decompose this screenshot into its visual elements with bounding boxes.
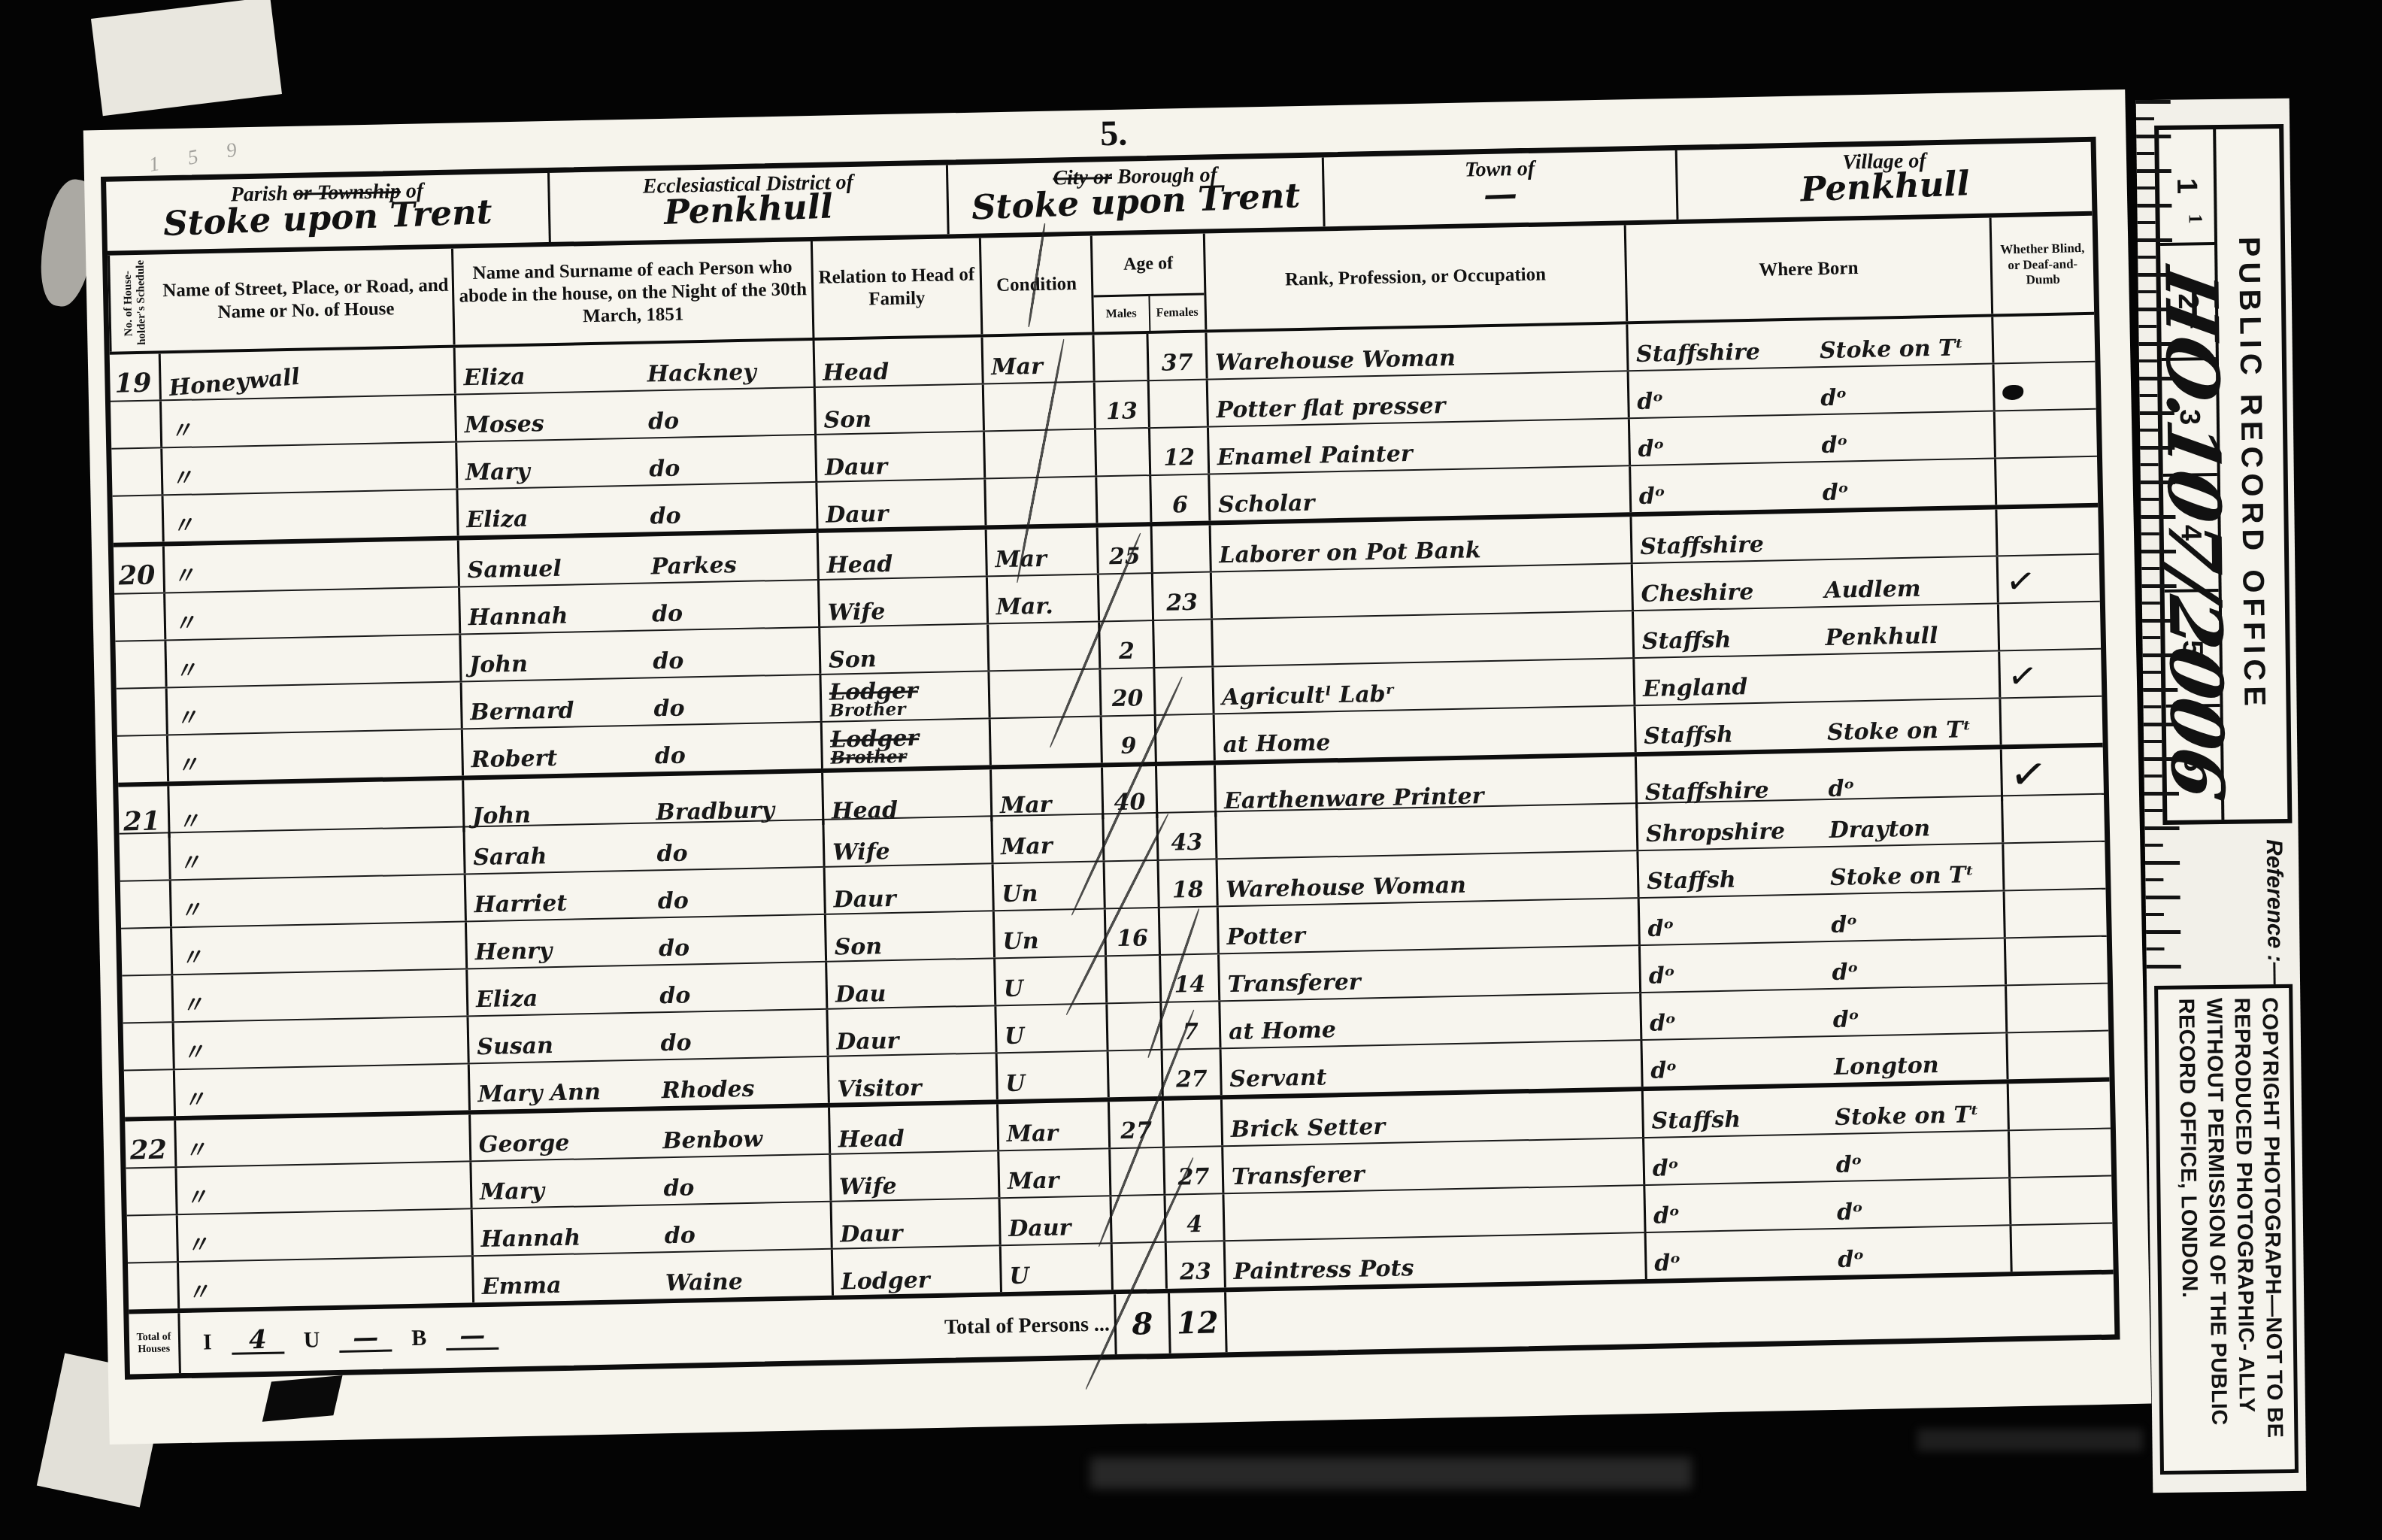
cell-age-male <box>1096 429 1151 475</box>
cell-schedule-number <box>111 448 163 495</box>
cell-name: Marydo <box>457 435 817 489</box>
cell-infirmity-mark <box>1999 602 2101 650</box>
cell-age-female <box>1155 667 1214 714</box>
cell-infirmity-mark <box>2008 1032 2109 1080</box>
cell-occupation: at Home <box>1220 993 1642 1047</box>
cell-street: 〃 <box>171 875 467 926</box>
cell-schedule-number <box>117 735 169 782</box>
total-males: 8 <box>1114 1293 1169 1354</box>
cell-born: dᵒLongton <box>1642 1033 2008 1087</box>
cell-infirmity-mark <box>2001 697 2102 745</box>
film-smudge <box>1917 1429 2143 1451</box>
cell-condition: U <box>996 1004 1108 1052</box>
cell-born: StaffshPenkhull <box>1634 604 2000 657</box>
cell-occupation: at Home <box>1215 706 1637 760</box>
cell-street: Honeywall <box>161 348 456 400</box>
cell-occupation <box>1213 611 1635 665</box>
borough-cell: City or Borough of Stoke upon Trent <box>948 157 1326 234</box>
total-houses-values: I 4 U — B — <box>180 1300 835 1373</box>
cell-condition: Mar <box>999 1149 1111 1197</box>
cell-street: 〃 <box>162 443 458 495</box>
census-document: 5. 1 5 9 Parish or Township of Stoke upo… <box>83 89 2152 1445</box>
cell-relation: Head <box>815 337 984 386</box>
cell-condition: Mar. <box>988 574 1100 623</box>
cell-schedule-number <box>121 928 173 975</box>
cell-condition <box>991 717 1103 765</box>
cell-relation: Daur <box>826 864 995 913</box>
cell-occupation: Paintress Pots <box>1226 1233 1647 1287</box>
cell-infirmity-mark <box>1997 508 2099 556</box>
cell-relation: Head <box>819 529 988 578</box>
cell-age-female: 23 <box>1167 1241 1226 1289</box>
cell-condition: Un <box>995 909 1107 957</box>
pro-reference-strip: PUBLIC RECORD OFFICE 123456 1 2 Referenc… <box>2136 99 2307 1493</box>
cell-born: CheshireAudlem <box>1633 556 1999 610</box>
cell-name: Johndo <box>461 628 821 681</box>
cell-age-female <box>1157 765 1217 818</box>
cell-street: 〃 <box>173 969 468 1021</box>
cell-infirmity-mark <box>2007 984 2108 1032</box>
cell-occupation: Warehouse Woman <box>1207 324 1629 378</box>
cell-relation: Wife <box>820 577 989 626</box>
cell-relation: Son <box>816 384 985 433</box>
cell-schedule-number <box>126 1168 177 1214</box>
cell-condition: U <box>998 1051 1110 1099</box>
cell-occupation: Transferer <box>1223 1138 1645 1193</box>
col-relation: Relation to Head of Family <box>813 238 983 337</box>
cell-street: 〃 <box>175 1064 471 1116</box>
cell-infirmity-mark <box>2011 1177 2112 1225</box>
cell-born: StaffshStoke on Tᵗ <box>1636 699 2002 752</box>
col-street: Name of Street, Place, or Road, and Name… <box>159 249 455 351</box>
cell-age-female <box>1150 380 1209 427</box>
cell-schedule-number <box>127 1215 179 1262</box>
col-age: Age of Males Females <box>1093 234 1208 332</box>
cell-born: StaffshStoke on Tᵗ <box>1638 844 2005 897</box>
age-of-label: Age of <box>1093 234 1205 298</box>
cell-schedule-number <box>111 401 162 447</box>
cell-age-female: 27 <box>1163 1049 1223 1096</box>
cell-schedule-number: 21 <box>118 786 170 838</box>
col-age-females: Females <box>1150 296 1205 331</box>
cell-condition <box>984 382 1096 430</box>
ecclesiastical-value: Penkhull <box>663 186 834 232</box>
col-age-males: Males <box>1093 296 1150 332</box>
cell-condition: Mar <box>999 1102 1111 1150</box>
uninhabited-label: U <box>303 1327 320 1353</box>
borough-value: Stoke upon Trent <box>971 175 1301 227</box>
cell-occupation <box>1212 564 1634 618</box>
page-number: 5. <box>1100 113 1128 155</box>
town-value: — <box>1483 174 1518 215</box>
cell-name: Henrydo <box>467 915 827 969</box>
cell-street: 〃 <box>164 490 459 542</box>
inhabited-value: 4 <box>231 1329 284 1355</box>
ecclesiastical-cell: Ecclesiastical District of Penkhull <box>550 165 950 242</box>
cell-condition: Un <box>994 862 1106 910</box>
cell-age-male: 40 <box>1103 766 1158 819</box>
cell-relation: Wife <box>831 1151 1000 1200</box>
cell-occupation <box>1217 804 1638 858</box>
cell-relation: Visitor <box>829 1053 999 1102</box>
cell-name: Susando <box>468 1010 829 1063</box>
cell-schedule-number <box>128 1263 180 1309</box>
cell-infirmity-mark <box>2010 1129 2111 1178</box>
cell-age-male <box>1104 814 1159 860</box>
building-label: B <box>411 1326 427 1351</box>
cell-occupation: Enamel Painter <box>1209 419 1631 473</box>
cell-infirmity-mark <box>2011 1224 2113 1272</box>
cell-relation: Dau <box>827 959 996 1008</box>
cell-born: dᵒdᵒ <box>1645 1178 2011 1232</box>
cell-street: 〃 <box>172 922 468 974</box>
cell-condition: Mar <box>992 767 1104 821</box>
cell-relation: Daur <box>832 1199 1002 1247</box>
cell-age-female: 12 <box>1150 427 1210 474</box>
cell-age-female: 23 <box>1153 572 1213 620</box>
cell-born: Staffshire <box>1632 509 1998 562</box>
col-schedule: No. of House-holder's Schedule <box>108 254 161 351</box>
pro-strip-rotated-content: PUBLIC RECORD OFFICE 123456 1 2 Referenc… <box>2136 99 2307 1493</box>
cell-schedule-number <box>117 688 168 735</box>
corner-pencil-mark: 1 5 9 <box>147 136 250 177</box>
cell-relation: Lodger <box>833 1246 1002 1295</box>
cell-name: Mary AnnRhodes <box>470 1057 830 1111</box>
cell-infirmity-mark <box>1996 410 2097 458</box>
cell-born: StaffshireStoke on Tᵗ <box>1628 317 1994 370</box>
cell-born: dᵒdᵒ <box>1644 1131 2011 1184</box>
census-table: Parish or Township of Stoke upon Trent E… <box>101 137 2120 1380</box>
cell-age-male: 20 <box>1101 668 1156 715</box>
building-value: — <box>446 1324 499 1351</box>
cell-condition: Mar <box>987 527 1099 575</box>
cell-condition: U <box>1002 1244 1114 1292</box>
cell-schedule-number: 19 <box>110 353 162 400</box>
cell-schedule-number <box>123 1023 175 1069</box>
total-females: 12 <box>1168 1292 1228 1354</box>
cell-age-male: 2 <box>1100 621 1155 668</box>
cell-street: 〃 <box>179 1257 474 1308</box>
cell-street: 〃 <box>176 1114 471 1166</box>
cell-age-male <box>1097 476 1152 523</box>
cell-infirmity-mark <box>2006 937 2108 985</box>
cell-street: 〃 <box>168 729 464 781</box>
cell-street: 〃 <box>174 1017 470 1069</box>
cell-condition <box>989 669 1102 717</box>
cell-infirmity-mark <box>1996 457 2098 505</box>
cell-schedule-number: 22 <box>125 1120 177 1167</box>
cell-schedule-number <box>120 833 171 880</box>
cell-condition: Mar <box>993 814 1105 862</box>
cell-relation: Son <box>826 911 996 960</box>
cell-relation: Daur <box>828 1006 997 1055</box>
cell-age-female <box>1164 1099 1223 1147</box>
cell-condition: Mar <box>983 335 1095 383</box>
cell-street: 〃 <box>168 682 463 734</box>
cell-street: 〃 <box>171 827 466 879</box>
cell-age-female <box>1153 525 1212 572</box>
cell-age-female: 18 <box>1159 859 1219 907</box>
cell-occupation <box>1224 1186 1646 1240</box>
table-body: 19 Honeywall ElizaHackney Head Mar 37 Wa… <box>110 315 2114 1314</box>
cell-street: 〃 <box>177 1162 472 1214</box>
cell-occupation: Brick Setter <box>1223 1091 1644 1145</box>
cell-condition: Daur <box>1000 1196 1112 1244</box>
cell-occupation: Laborer on Pot Bank <box>1211 517 1633 571</box>
village-cell: Village of Penkhull <box>1677 142 2093 220</box>
cell-relation: Head <box>830 1104 999 1153</box>
parish-value: Stoke upon Trent <box>162 192 492 244</box>
cell-occupation: Potter flat presser <box>1208 371 1630 426</box>
cell-name: Robertdo <box>463 723 823 776</box>
cell-relation: Daur <box>817 479 986 528</box>
cell-occupation: Servant <box>1222 1041 1644 1095</box>
cell-age-female: 4 <box>1165 1194 1225 1241</box>
cell-infirmity-mark: ✓ <box>2002 747 2104 802</box>
cell-infirmity-mark <box>2004 842 2105 890</box>
parish-cell: Parish or Township of Stoke upon Trent <box>106 173 551 251</box>
cell-age-female: 6 <box>1151 474 1211 522</box>
cell-born: dᵒdᵒ <box>1640 891 2006 944</box>
copyright-notice: COPYRIGHT PHOTOGRAPH—NOT TO BE REPRODUCE… <box>2154 984 2299 1475</box>
cell-born: StaffshStoke on Tᵗ <box>1644 1084 2010 1137</box>
village-value: Penkhull <box>1799 163 1970 209</box>
cell-age-male: 27 <box>1110 1101 1165 1147</box>
cell-relation: LodgerBrother <box>823 719 992 768</box>
reference-label: Reference :— <box>2261 839 2288 985</box>
cell-born: dᵒdᵒ <box>1641 938 2007 992</box>
cell-infirmity-mark <box>2009 1082 2111 1130</box>
col-infirmity: Whether Blind, or Deaf-and-Dumb <box>1992 216 2095 314</box>
cell-infirmity-mark: ✓ <box>1999 555 2100 603</box>
cell-age-male <box>1108 1003 1162 1050</box>
cell-age-male: 9 <box>1102 716 1157 762</box>
cell-name: Bernarddo <box>462 675 823 729</box>
cell-name: Sarahdo <box>465 820 825 874</box>
cell-name: Hannahdo <box>460 581 820 634</box>
cell-name: Elizado <box>468 962 828 1016</box>
cell-age-female: 27 <box>1165 1147 1224 1194</box>
cell-occupation: Scholar <box>1210 466 1632 520</box>
cell-relation: Wife <box>824 817 993 865</box>
cell-born: ShropshireDrayton <box>1638 796 2004 850</box>
cell-age-female: 37 <box>1148 332 1208 380</box>
census-scan-page: 5. 1 5 9 Parish or Township of Stoke upo… <box>0 0 2382 1540</box>
cell-name: Mosesdo <box>456 388 817 441</box>
cell-infirmity-mark <box>2005 890 2107 938</box>
cell-name: Marydo <box>471 1155 832 1208</box>
cell-age-female: 43 <box>1158 812 1217 859</box>
cell-schedule-number <box>122 975 174 1022</box>
cell-schedule-number <box>115 641 167 687</box>
cell-infirmity-mark <box>1993 315 2095 363</box>
cell-born: dᵒdᵒ <box>1641 986 2008 1039</box>
ink-blot <box>262 1375 343 1422</box>
film-artifact <box>91 0 282 116</box>
cell-occupation: Warehouse Woman <box>1218 851 1640 905</box>
cell-relation: Head <box>823 769 993 824</box>
cell-name: Hannahdo <box>473 1202 833 1256</box>
cell-name: GeorgeBenbow <box>471 1108 831 1161</box>
cell-age-female: 7 <box>1162 1002 1221 1049</box>
col-occupation: Rank, Profession, or Occupation <box>1205 225 1628 329</box>
cell-condition <box>986 477 1098 525</box>
cell-age-male <box>1094 334 1149 380</box>
cell-born: dᵒdᵒ <box>1647 1226 2013 1279</box>
cell-name: SamuelParkes <box>459 533 820 587</box>
ruler-number: 1 <box>2184 214 2207 223</box>
col-condition: Condition <box>981 236 1095 335</box>
cell-age-female <box>1154 620 1214 667</box>
town-cell: Town of — <box>1324 150 1679 226</box>
cell-name: Harrietdo <box>466 868 826 921</box>
cell-age-male <box>1111 1148 1165 1195</box>
col-name: Name and Surname of each Person who abod… <box>453 241 814 345</box>
cell-born: dᵒdᵒ <box>1629 364 1996 417</box>
cell-infirmity-mark <box>2003 795 2105 843</box>
cell-street: 〃 <box>165 541 460 593</box>
cell-relation: LodgerBrother <box>821 671 990 720</box>
cell-age-male: 13 <box>1096 381 1150 428</box>
cell-relation: Daur <box>817 432 986 480</box>
cell-schedule-number <box>120 881 172 927</box>
cell-schedule-number <box>114 593 166 640</box>
cell-schedule-number <box>113 496 165 542</box>
cell-schedule-number <box>124 1070 176 1117</box>
cell-born: dᵒdᵒ <box>1630 411 1996 465</box>
cell-born: dᵒdᵒ <box>1631 459 1997 512</box>
cell-relation: Son <box>820 624 989 673</box>
cell-name: Elizado <box>458 483 818 536</box>
cell-street: 〃 <box>165 587 461 639</box>
cell-age-male <box>1109 1050 1164 1097</box>
cell-name: EmmaWaine <box>474 1250 834 1303</box>
cell-street: 〃 <box>162 396 457 447</box>
cell-occupation: Agricultˡ Labʳ <box>1214 659 1635 713</box>
reference-value: HO.107/2006 <box>2154 263 2233 805</box>
total-houses-label: Total of Houses <box>129 1313 181 1374</box>
inhabited-label: I <box>203 1329 212 1355</box>
cell-schedule-number: 20 <box>114 546 165 593</box>
uninhabited-value: — <box>339 1326 392 1353</box>
cell-name: ElizaHackney <box>456 341 816 394</box>
cell-infirmity-mark <box>1994 362 2096 411</box>
cell-age-male <box>1107 956 1162 1002</box>
cell-born: England <box>1635 651 2001 705</box>
total-persons-label: Total of Persons ... <box>834 1294 1115 1360</box>
col-born: Where Born <box>1626 218 1993 322</box>
cell-age-female <box>1156 714 1216 762</box>
cell-street: 〃 <box>166 635 462 687</box>
cell-occupation: Potter <box>1219 899 1641 953</box>
film-smudge <box>1090 1457 1692 1489</box>
cell-occupation: Transferer <box>1220 946 1641 1000</box>
cell-infirmity-mark: ✓ <box>2000 650 2102 698</box>
cell-street: 〃 <box>178 1209 474 1261</box>
